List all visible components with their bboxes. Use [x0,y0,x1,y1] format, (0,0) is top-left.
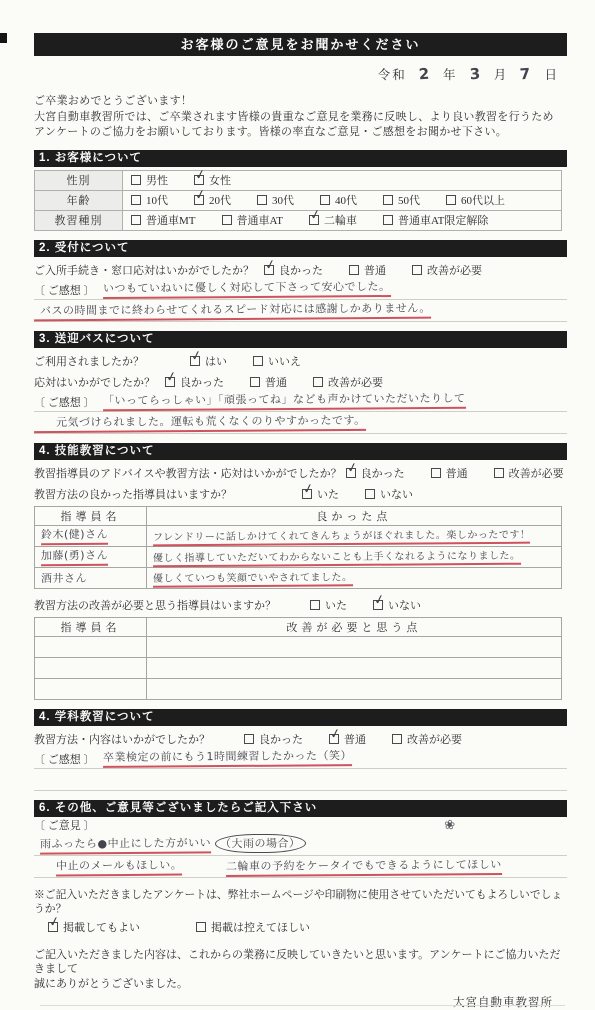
instructor-name-cell: 酒井さん [35,567,147,588]
checkbox[interactable] [365,489,375,499]
reception-options: ✓良かった普通改善が必要 [264,262,482,278]
option-label: 良かった [279,262,323,278]
closing-line: 誠にありがとうございました。 [34,977,567,992]
page-title: お客様のご意見をお聞かせください [34,33,567,56]
checkbox-option: 40代 [320,192,357,208]
checkbox-option: ✓普通 [329,731,366,747]
skill-question: 教習指導員のアドバイスや教習方法・応対はいかがでしたか？ ✓良かった普通改善が必… [34,465,567,481]
era-label: 令和 [378,68,407,82]
lecture-options: 良かった✓普通改善が必要 [244,731,462,747]
comment-label: 〔 ご感想 〕 [34,394,95,410]
handwritten-opinion: 雨ふったら●中止にした方がいい [40,834,211,854]
checkbox[interactable]: ✓ [264,265,274,275]
closing-line: ご記入いただきました内容は、これからの業務に反映していきたいと思います。アンケー… [34,948,567,977]
handwritten-comment: いつもていねいに優しく対応して下さって安心でした。 [102,277,390,298]
checkbox-option: ✓はい [190,353,227,369]
improve-point-cell [147,657,562,678]
option-label: 30代 [272,192,294,208]
column-header: 改善が必要と思う点 [147,617,562,636]
checkbox-option: 10代 [131,192,168,208]
column-header: 指導員名 [35,617,147,636]
scan-artifact [0,33,7,43]
opinion-segment: 中止のメールもほしい。 [34,857,182,876]
checkbox-option: ✓良かった [346,465,405,481]
option-label: 改善が必要 [328,374,383,390]
table-row [35,636,562,657]
flower-doodle: ❀ [443,817,456,833]
intro-line: アンケートのご協力をお願いしております。皆様の率直なご意見・ご感想をお聞かせ下さ… [34,125,567,141]
option-label: いない [380,486,413,502]
instructor-name-cell [35,678,147,699]
instructor-name-cell [35,657,147,678]
option-label: 普通 [344,731,366,747]
checkbox[interactable] [320,195,330,205]
check-mark: ✓ [345,460,359,477]
instructor-name: 加藤(勇)さん [41,547,108,566]
option-label: はい [205,353,227,369]
date-line: 令和 2 年 3 月 7 日 [34,65,567,83]
table-row [35,657,562,678]
checkbox-option: 改善が必要 [494,465,564,481]
checkbox[interactable] [313,377,323,387]
checkbox[interactable] [253,356,263,366]
month-value: 3 [462,64,489,84]
checkbox[interactable] [446,195,456,205]
checkbox[interactable] [412,265,422,275]
checkbox-option: 改善が必要 [392,731,462,747]
checkbox[interactable] [392,734,402,744]
good-point: 優しくていつも笑顔でいやされてました。 [153,568,353,587]
blank-ruled-line [34,769,567,791]
column-header: 良かった点 [147,506,562,525]
checkbox-option: 改善が必要 [313,374,383,390]
checkbox-option: 普通 [431,465,468,481]
option-label: いいえ [268,353,301,369]
opinion-segment: 雨ふったら●中止にした方がいい（大雨の場合） [34,834,306,854]
skill-options: ✓良かった普通改善が必要 [346,465,564,481]
publication-note: ※ご記入いただきましたアンケートは、弊社ホームページや印刷物に使用させていただい… [34,888,567,916]
checkbox-option: ✓いない [373,597,421,613]
option-label: 40代 [335,192,357,208]
checkbox[interactable] [244,734,254,744]
question-text: ご利用されましたか？ [34,353,144,369]
checkbox-option: 50代 [383,192,420,208]
improve-instructor-question: 教習方法の改善が必要と思う指導員はいますか？ いた✓いない [34,597,567,613]
checkbox[interactable]: ✓ [309,215,319,225]
option-label: いない [388,597,421,613]
option-label: 普通車AT限定解除 [398,212,488,228]
year-value: 2 [411,64,438,84]
section3-header: 3. 送迎バスについて [34,331,567,348]
checkbox[interactable]: ✓ [302,489,312,499]
option-label: 10代 [146,192,168,208]
checkbox[interactable] [349,265,359,275]
table-row: 鈴木(健)さんフレンドリーに話しかけてくれてきんちょうがほぐれました。楽しかった… [35,525,562,546]
checkbox[interactable] [222,215,232,225]
closing-paragraph: ご記入いただきました内容は、これからの業務に反映していきたいと思います。アンケー… [34,948,567,992]
checkbox-option: 普通車AT [222,212,283,228]
circled-handwriting: （大雨の場合） [215,833,306,853]
question-text: 教習方法・内容はいかがでしたか？ [34,731,210,747]
checkbox-option: 改善が必要 [412,262,482,278]
checkbox-option: ✓20代 [194,192,231,208]
table-row: 性別男性✓女性 [35,170,562,190]
checkbox[interactable]: ✓ [346,468,356,478]
table-row: 教習種別普通車MT普通車AT✓二輪車普通車AT限定解除 [35,210,562,230]
checkbox[interactable]: ✓ [329,734,339,744]
handwritten-comment: 「いってらっしゃい」「頑張ってね」なども声かけていただいたりして [102,389,465,411]
checkbox-option: ✓掲載してもよい [48,919,140,935]
publication-options: ✓掲載してもよい掲載は控えてほしい [48,919,366,935]
checkbox-option: いた [310,597,347,613]
option-label: 改善が必要 [427,262,482,278]
handwritten-comment: 卒業検定の前にもう1時間練習したかった（笑） [102,747,351,768]
checkbox[interactable]: ✓ [194,175,204,185]
checkbox-option: 普通車MT [131,212,196,228]
row-label: 性別 [35,170,123,190]
option-label: 男性 [146,172,168,188]
good-instructor-question: 教習方法の良かった指導員はいますか？ ✓いたいない [34,486,567,502]
check-mark: ✓ [165,369,179,386]
instructor-name-cell: 加藤(勇)さん [35,546,147,567]
bus-service-options: ✓良かった普通改善が必要 [165,374,383,390]
check-mark: ✓ [329,726,343,743]
option-label: 改善が必要 [407,731,462,747]
opinion-segment: 二輪車の予約をケータイでもできるようにしてほしい [226,857,502,876]
checkbox-option: 普通 [349,262,386,278]
check-mark: ✓ [190,348,204,365]
reception-comment-line: 〔 ご感想 〕 いつもていねいに優しく対応して下さって安心でした。 [34,278,567,300]
checkbox-option: 良かった [244,731,303,747]
intro-paragraph: ご卒業おめでとうございます！ 大宮自動車教習所では、ご卒業されます皆様の貴重なご… [34,94,567,141]
checkbox[interactable]: ✓ [48,922,58,932]
option-label: 普通 [364,262,386,278]
section1-header: 1. お客様について [34,150,567,167]
day-label: 日 [544,68,559,82]
row-label: 年齢 [35,190,123,210]
improve-instructor-options: いた✓いない [310,597,421,613]
improve-point-cell [147,636,562,657]
checkbox-option: ✓二輪車 [309,212,357,228]
bus-used-options: ✓はいいいえ [190,353,301,369]
good-point: フレンドリーに話しかけてくれてきんちょうがほぐれました。楽しかったです！ [153,525,530,546]
opinion-line: 中止のメールもほしい。二輪車の予約をケータイでもできるようにしてほしい [34,856,567,878]
good-instructor-options: ✓いたいない [302,486,413,502]
bus-service-question: 応対はいかがでしたか？ ✓良かった普通改善が必要 [34,374,567,390]
check-mark: ✓ [302,481,316,498]
section6-header: 6. その他、ご意見等ございましたらご記入下さい [34,800,567,817]
question-text: 応対はいかがでしたか？ [34,374,155,390]
checkbox[interactable] [250,377,260,387]
comment-label: 〔 ご感想 〕 [34,751,95,767]
option-label: 普通車AT [237,212,283,228]
checkbox[interactable]: ✓ [194,195,204,205]
handwritten-comment: バスの時間までに終わらせてくれるスピード対応には感謝しかありません。 [34,299,431,321]
comment-label: 〔 ご感想 〕 [34,282,95,298]
checkbox-option: いない [365,486,413,502]
option-label: いた [317,486,339,502]
instructor-name: 鈴木(健)さん [41,526,108,545]
checkbox[interactable] [431,468,441,478]
checkbox[interactable] [131,195,141,205]
comment-label: 〔 ご意見 〕 [34,817,95,833]
day-value: 7 [513,64,540,84]
check-mark: ✓ [309,207,323,224]
section4-header: 4. 技能教習について [34,443,567,460]
option-label: 女性 [209,172,231,188]
school-signature: 大宮自動車教習所 [34,994,567,1010]
checkbox[interactable] [383,195,393,205]
month-label: 月 [494,68,509,82]
question-text: 教習方法の良かった指導員はいますか？ [34,486,232,502]
handwritten-opinion: 二輪車の予約をケータイでもできるようにしてほしい [226,856,502,877]
question-text: 教習方法の改善が必要と思う指導員はいますか？ [34,597,276,613]
opinion-lines: 雨ふったら●中止にした方がいい（大雨の場合）中止のメールもほしい。二輪車の予約を… [34,834,567,878]
checkbox-option: 普通 [250,374,287,390]
check-mark: ✓ [194,167,208,184]
scan-edge-line [40,1005,565,1006]
opinion-line: 雨ふったら●中止にした方がいい（大雨の場合） [34,834,567,856]
bus-comment-line: 元気づけられました。運転も荒くなくのりやすかったです。 [34,412,567,434]
checkbox[interactable] [196,922,206,932]
option-label: 掲載は控えてほしい [211,919,310,935]
checkbox[interactable]: ✓ [165,377,175,387]
opinion-label-line: 〔 ご意見 〕 ❀ [34,817,567,834]
row-options: 10代✓20代30代40代50代60代以上 [123,190,562,210]
reception-comment-line: バスの時間までに終わらせてくれるスピード対応には感謝しかありません。 [34,300,567,322]
customer-info-table: 性別男性✓女性年齢10代✓20代30代40代50代60代以上教習種別普通車MT普… [34,170,562,231]
option-label: 普通 [446,465,468,481]
option-label: 普通車MT [146,212,196,228]
option-label: 改善が必要 [509,465,564,481]
checkbox[interactable] [494,468,504,478]
good-point: 優しく指導していただいてわからないことも上手くなれるようになりました。 [153,546,521,567]
checkbox-option: 60代以上 [446,192,505,208]
good-point-cell: フレンドリーに話しかけてくれてきんちょうがほぐれました。楽しかったです！ [147,525,562,546]
instructor-name-cell: 鈴木(健)さん [35,525,147,546]
bus-used-question: ご利用されましたか？ ✓はいいいえ [34,353,567,369]
checkbox[interactable] [383,215,393,225]
handwritten-comment: 元気づけられました。運転も荒くなくのりやすかったです。 [34,411,366,432]
questionnaire-page: お客様のご意見をお聞かせください 令和 2 年 3 月 7 日 ご卒業おめでとう… [0,0,595,1010]
checkbox[interactable]: ✓ [373,600,383,610]
question-text: ご入所手続き・窓口応対はいかがでしたか？ [34,262,254,278]
checkbox[interactable] [257,195,267,205]
check-mark: ✓ [373,592,387,609]
checkbox[interactable] [131,215,141,225]
row-options: 普通車MT普通車AT✓二輪車普通車AT限定解除 [123,210,562,230]
question-text: 教習指導員のアドバイスや教習方法・応対はいかがでしたか？ [34,465,342,481]
checkbox-option: ✓いた [302,486,339,502]
option-label: 良かった [361,465,405,481]
table-row: 加藤(勇)さん優しく指導していただいてわからないことも上手くなれるようになりまし… [35,546,562,567]
bus-comment-line: 〔 ご感想 〕 「いってらっしゃい」「頑張ってね」なども声かけていただいたりして [34,390,567,412]
good-point-cell: 優しくていつも笑顔でいやされてました。 [147,567,562,588]
table-row: 年齢10代✓20代30代40代50代60代以上 [35,190,562,210]
option-label: 掲載してもよい [63,919,140,935]
option-label: 20代 [209,192,231,208]
option-label: いた [325,597,347,613]
table-row: 酒井さん優しくていつも笑顔でいやされてました。 [35,567,562,588]
checkbox-option: 普通車AT限定解除 [383,212,488,228]
check-mark: ✓ [48,914,62,931]
check-mark: ✓ [264,257,278,274]
checkbox-option: ✓良かった [165,374,224,390]
improve-point-cell [147,678,562,699]
good-point-cell: 優しく指導していただいてわからないことも上手くなれるようになりました。 [147,546,562,567]
checkbox[interactable] [131,175,141,185]
option-label: 普通 [265,374,287,390]
option-label: 60代以上 [461,192,505,208]
option-label: 良かった [259,731,303,747]
row-options: 男性✓女性 [123,170,562,190]
checkbox-option: 掲載は控えてほしい [196,919,310,935]
checkbox-option: いいえ [253,353,301,369]
reception-question: ご入所手続き・窓口応対はいかがでしたか？ ✓良かった普通改善が必要 [34,262,567,278]
instructor-name-cell [35,636,147,657]
improve-instructor-table: 指導員名 改善が必要と思う点 [34,617,562,700]
check-mark: ✓ [194,187,208,204]
section5-header: 4. 学科教習について [34,709,567,726]
good-instructor-table: 指導員名 良かった点 鈴木(健)さんフレンドリーに話しかけてくれてきんちょうがほ… [34,506,562,589]
checkbox[interactable]: ✓ [190,356,200,366]
checkbox-option: ✓女性 [194,172,231,188]
checkbox-option: 30代 [257,192,294,208]
lecture-comment-line: 〔 ご感想 〕 卒業検定の前にもう1時間練習したかった（笑） [34,747,567,769]
intro-line: ご卒業おめでとうございます！ [34,94,567,110]
row-label: 教習種別 [35,210,123,230]
column-header: 指導員名 [35,506,147,525]
checkbox-option: 男性 [131,172,168,188]
year-label: 年 [443,68,458,82]
checkbox-option: ✓良かった [264,262,323,278]
option-label: 50代 [398,192,420,208]
option-label: 良かった [180,374,224,390]
lecture-question: 教習方法・内容はいかがでしたか？ 良かった✓普通改善が必要 [34,731,567,747]
table-row [35,678,562,699]
checkbox[interactable] [310,600,320,610]
section2-header: 2. 受付について [34,240,567,257]
handwritten-opinion: 中止のメールもほしい。 [56,856,182,876]
intro-line: 大宮自動車教習所では、ご卒業されます皆様の貴重なご意見を業務に反映し、より良い教… [34,110,567,126]
instructor-name: 酒井さん [41,569,87,585]
option-label: 二輪車 [324,212,357,228]
